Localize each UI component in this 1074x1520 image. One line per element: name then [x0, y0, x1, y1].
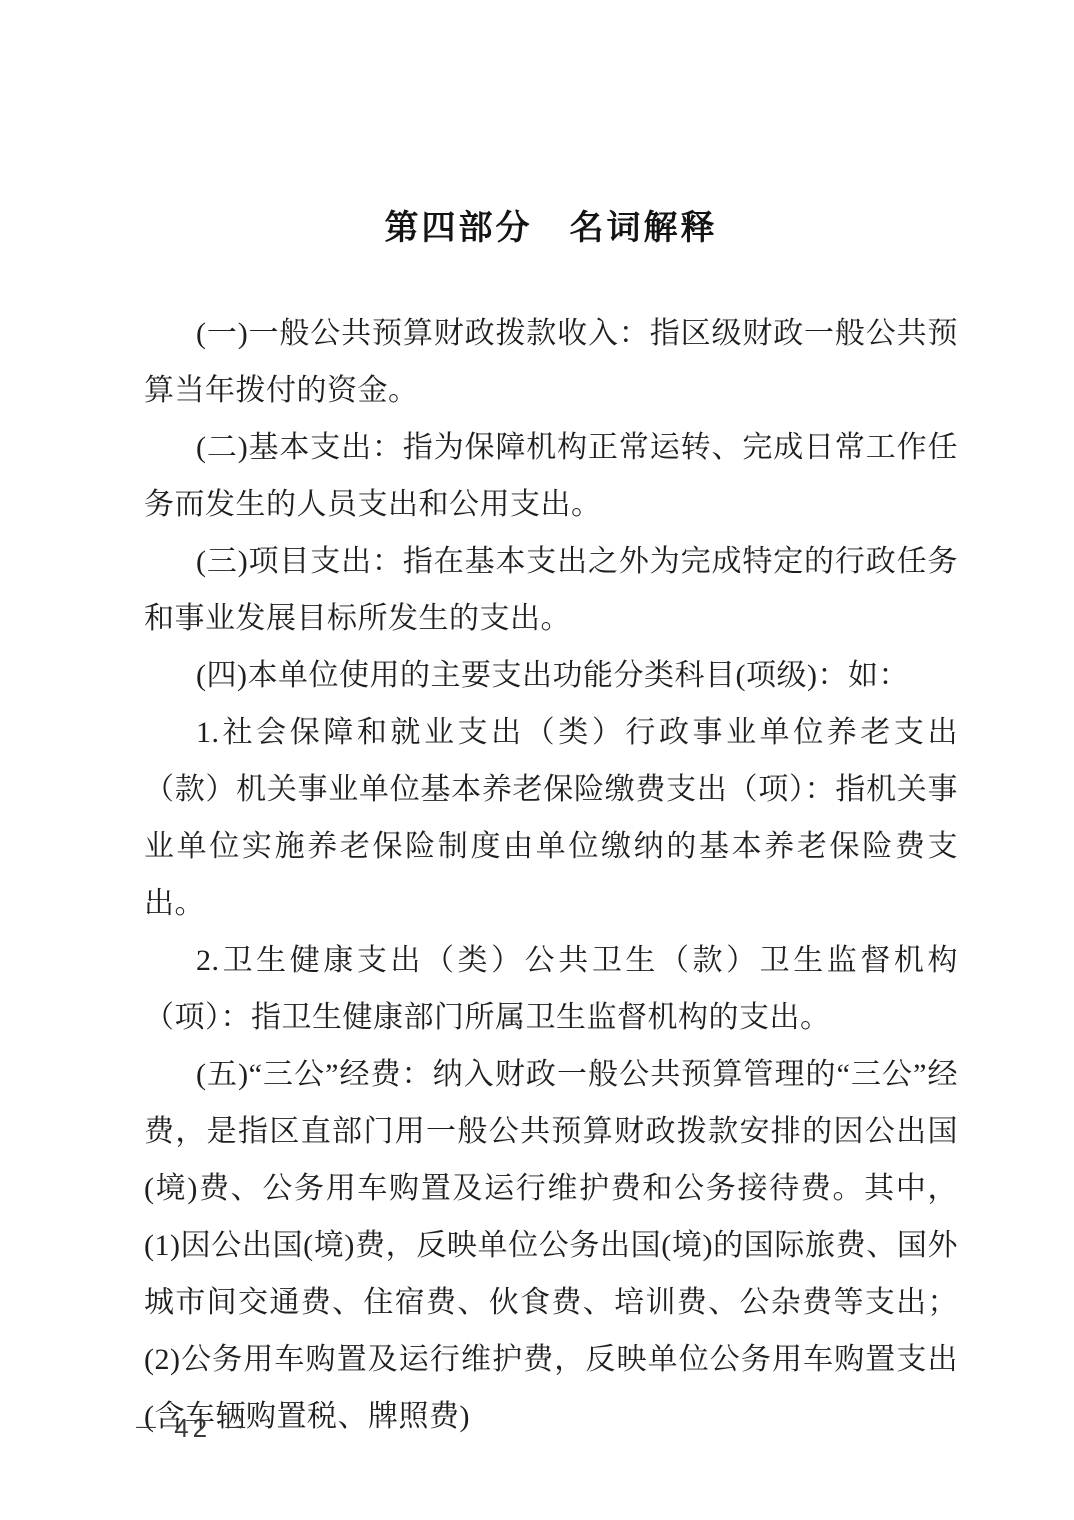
document-body: (一)一般公共预算财政拨款收入：指区级财政一般公共预算当年拨付的资金。 (二)基…: [144, 305, 958, 1445]
page-number: － 42 －: [133, 1408, 252, 1445]
document-page: 第四部分 名词解释 (一)一般公共预算财政拨款收入：指区级财政一般公共预算当年拨…: [0, 0, 1074, 1520]
paragraph-project-expenditure: (三)项目支出：指在基本支出之外为完成特定的行政任务和事业发展目标所发生的支出。: [144, 533, 958, 647]
paragraph-general-public-budget-income: (一)一般公共预算财政拨款收入：指区级财政一般公共预算当年拨付的资金。: [144, 305, 958, 419]
paragraph-basic-expenditure: (二)基本支出：指为保障机构正常运转、完成日常工作任务而发生的人员支出和公用支出…: [144, 419, 958, 533]
paragraph-health-item: 2.卫生健康支出（类）公共卫生（款）卫生监督机构（项）：指卫生健康部门所属卫生监…: [144, 932, 958, 1046]
paragraph-social-security-item: 1.社会保障和就业支出（类）行政事业单位养老支出（款）机关事业单位基本养老保险缴…: [144, 704, 958, 932]
page-title: 第四部分 名词解释: [144, 200, 958, 249]
paragraph-three-public-funds: (五)“三公”经费：纳入财政一般公共预算管理的“三公”经费，是指区直部门用一般公…: [144, 1046, 958, 1445]
paragraph-expenditure-classification: (四)本单位使用的主要支出功能分类科目(项级)：如：: [144, 647, 958, 704]
